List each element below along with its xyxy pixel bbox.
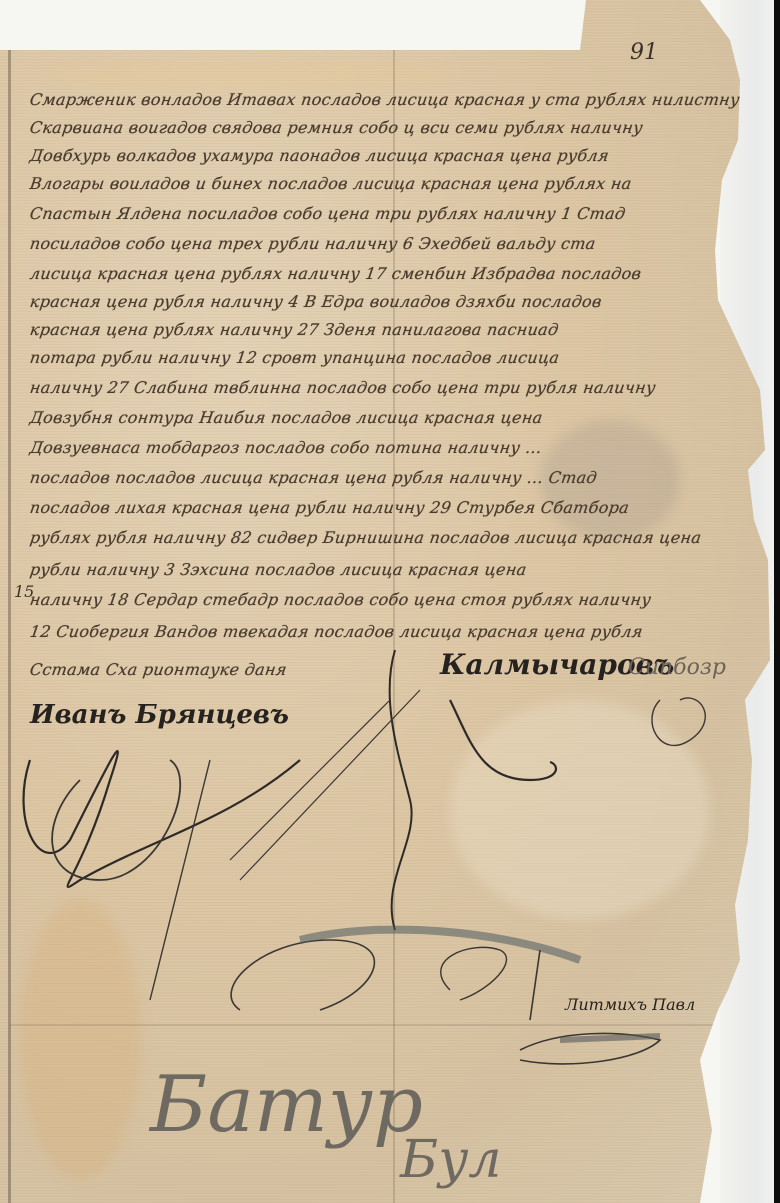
signature-flourishes	[0, 0, 780, 1203]
